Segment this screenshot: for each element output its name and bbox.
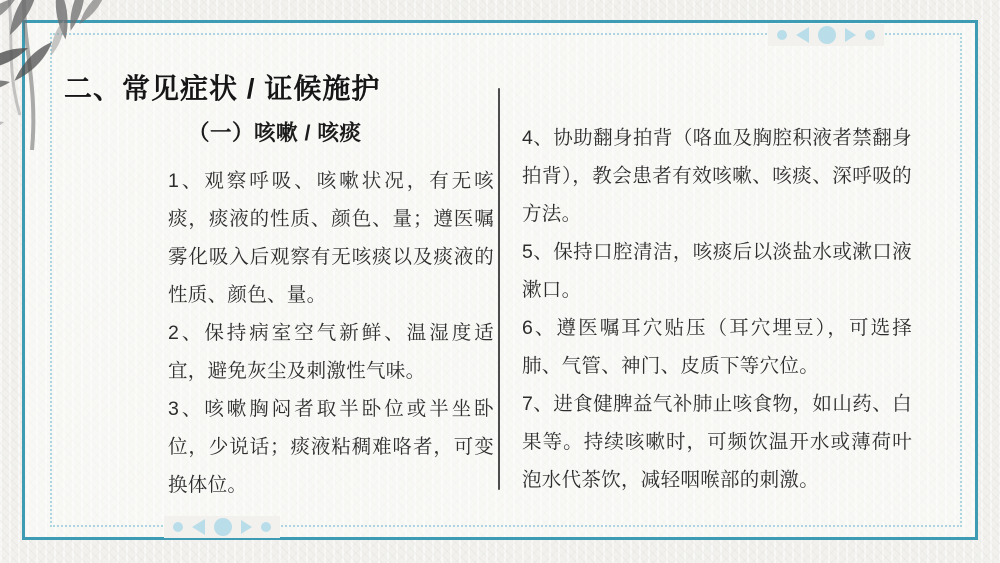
care-item: 5、保持口腔清洁，咳痰后以淡盐水或漱口液漱口。: [522, 233, 912, 309]
triangle-right-icon: [845, 28, 856, 42]
left-column: （一）咳嗽 / 咳痰 1、观察呼吸、咳嗽状况，有无咳痰，痰液的性质、颜色、量；遵…: [168, 118, 494, 504]
right-column: 4、协助翻身拍背（咯血及胸腔积液者禁翻身拍背），教会患者有效咳嗽、咳痰、深呼吸的…: [522, 119, 912, 499]
nav-decoration-top-right: [768, 24, 884, 46]
care-item: 3、咳嗽胸闷者取半卧位或半坐卧位，少说话；痰液粘稠难咯者，可变换体位。: [168, 390, 494, 504]
circle-icon: [214, 518, 232, 536]
circle-icon: [818, 26, 836, 44]
triangle-right-icon: [241, 520, 252, 534]
care-item: 2、保持病室空气新鲜、温湿度适宜，避免灰尘及刺激性气味。: [168, 314, 494, 390]
care-item: 6、遵医嘱耳穴贴压（耳穴埋豆），可选择肺、气管、神门、皮质下等穴位。: [522, 309, 912, 385]
care-item: 1、观察呼吸、咳嗽状况，有无咳痰，痰液的性质、颜色、量；遵医嘱雾化吸入后观察有无…: [168, 162, 494, 314]
nav-decoration-bottom-left: [164, 516, 280, 538]
triangle-left-icon: [796, 27, 809, 43]
page-title: 二、常见症状 / 证候施护: [64, 67, 380, 107]
care-item: 4、协助翻身拍背（咯血及胸腔积液者禁翻身拍背），教会患者有效咳嗽、咳痰、深呼吸的…: [522, 119, 912, 233]
dot-icon: [865, 30, 875, 40]
care-item: 7、进食健脾益气补肺止咳食物，如山药、白果等。持续咳嗽时，可频饮温开水或薄荷叶泡…: [522, 385, 912, 499]
dot-icon: [173, 522, 183, 532]
dot-icon: [777, 30, 787, 40]
triangle-left-icon: [192, 519, 205, 535]
left-column-heading: （一）咳嗽 / 咳痰: [188, 118, 494, 148]
column-divider: [498, 88, 500, 490]
dot-icon: [261, 522, 271, 532]
